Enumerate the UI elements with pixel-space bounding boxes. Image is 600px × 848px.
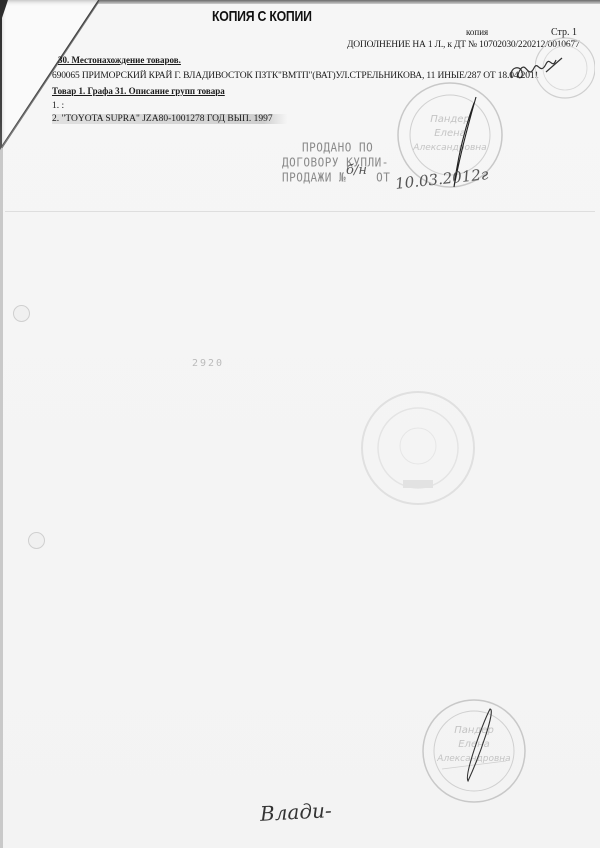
handwritten-footer-note: Влади- [259,798,332,826]
goods-description-title: Товар 1. Графа 31. Описание групп товара [52,86,225,96]
document-header-title: КОПИЯ С КОПИИ [212,8,312,25]
signature-icon [506,50,566,90]
scanned-document-page: КОПИЯ С КОПИИ копия Стр. 1 ДОПОЛНЕНИЕ НА… [0,0,600,848]
signature-stroke-icon [460,705,500,785]
paper-fold-line [5,211,595,212]
sold-stamp-line-2: ДОГОВОРУ КУПЛИ- [282,155,390,170]
section-30-title: 30. Местонахождение товаров. [58,55,181,65]
punch-hole-icon [13,305,30,322]
handwritten-contract-number: б/н [346,163,367,178]
goods-item-1: 1. : [52,101,64,111]
goods-item-2: 2. "TOYOTA SUPRA" JZA80-1001278 ГОД ВЫП.… [52,114,287,124]
sold-stamp-line-3-suffix: ОТ [376,170,390,185]
goods-item-2-text: 2. "TOYOTA SUPRA" JZA80-1001278 ГОД ВЫП.… [52,114,287,124]
punch-hole-icon [28,532,45,549]
customs-seal-stamp-faint [358,388,478,508]
sold-stamp-line-1: ПРОДАНО ПО [282,140,390,155]
sold-under-contract-stamp: ПРОДАНО ПО ДОГОВОРУ КУПЛИ- ПРОДАЖИ №ОТ [282,140,390,185]
sold-stamp-line-3: ПРОДАЖИ № [282,170,346,185]
faint-perforated-number: 2920 [192,358,224,369]
copy-label: копия [466,27,488,37]
